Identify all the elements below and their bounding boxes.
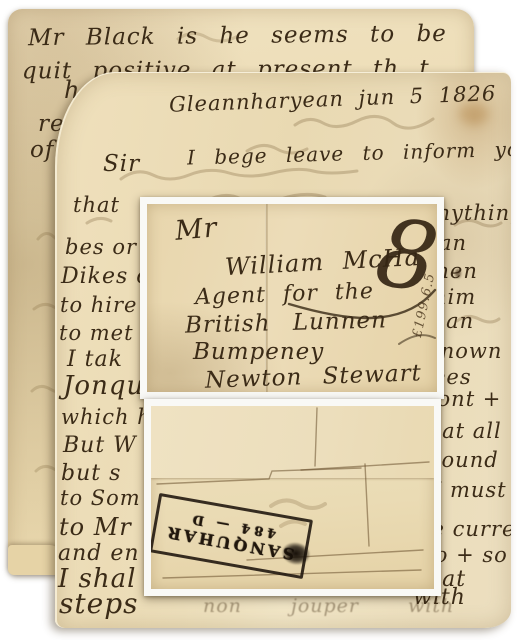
letter-fragment: to met [59, 323, 134, 344]
letter-fragment: to Som [60, 488, 141, 509]
page-fold [8, 545, 60, 575]
address-panel-inset: Mr William McHa Agent for the British Lu… [140, 197, 444, 399]
bg-letter-edge-fragment: of [30, 139, 54, 162]
ink-speck [455, 269, 461, 278]
address-line: Agent for the [195, 281, 375, 309]
letter-fragment: but s [61, 463, 121, 485]
letter-fragment: that [73, 195, 120, 216]
paper-stain [459, 103, 489, 125]
letter-fragment: I tak [67, 349, 123, 371]
letter-salutation: Sir [103, 153, 140, 176]
folded-flap [151, 406, 434, 478]
letter-dateline: Gleannharyean jun 5 1826 [169, 83, 497, 115]
letter-back-photo: SANQUHAR 484 — D [151, 406, 434, 589]
bg-letter-line: Mr Black is he seems to be [28, 23, 447, 50]
letter-fragment: and en [58, 543, 140, 565]
letter-fragment: to hire [60, 295, 137, 316]
letter-fragment: But W [63, 435, 137, 457]
address-line: Mr [174, 214, 219, 245]
letter-fragment: steps [59, 590, 138, 618]
sanquhar-postmark-stamp: SANQUHAR 484 — D [151, 493, 313, 579]
letter-fragment: I must [433, 480, 507, 501]
letter-opening-line: I bege leave to inform you [187, 138, 511, 167]
letter-photograph: { "background_page": { "line1": "Mr Blac… [0, 0, 526, 640]
letter-fragment: which h [61, 407, 152, 428]
letter-bottom-fragment: non jouper with [203, 597, 454, 616]
letter-fragment: to Mr [59, 515, 132, 539]
address-line: British Lunnen [185, 309, 387, 337]
letter-back-inset: SANQUHAR 484 — D [144, 399, 441, 596]
address-line: Bumpeney [193, 341, 324, 364]
address-panel-photo: Mr William McHa Agent for the British Lu… [147, 204, 437, 392]
address-line: Newton Stewart [205, 362, 423, 392]
